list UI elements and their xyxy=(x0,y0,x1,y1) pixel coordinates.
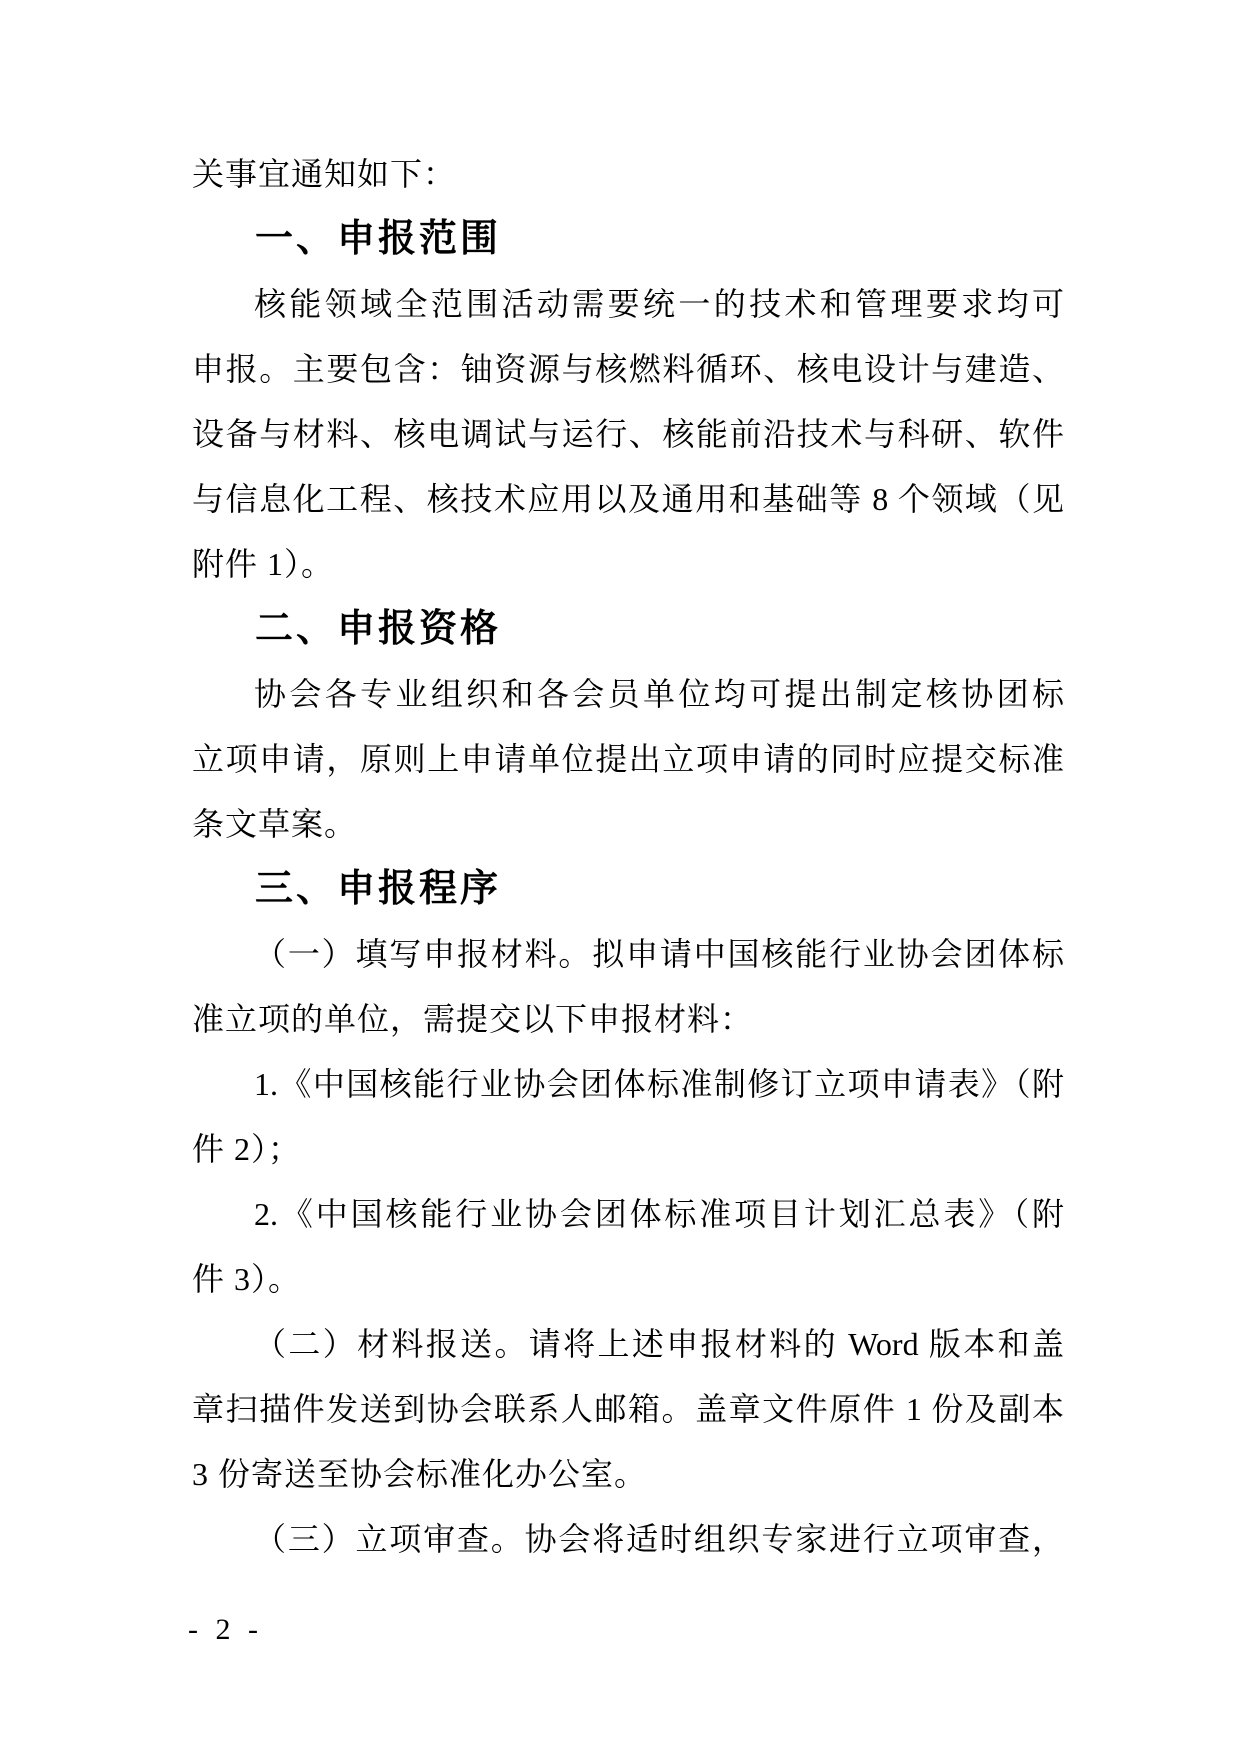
body-line: 条文草案。 xyxy=(192,792,1064,857)
body-line: 与信息化工程、核技术应用以及通用和基础等 8 个领域（见 xyxy=(192,467,1064,532)
section-declaration-qualification: 二、申报资格 协会各专业组织和各会员单位均可提出制定核协团标 立项申请，原则上申… xyxy=(192,597,1064,857)
section-declaration-scope: 一、申报范围 核能领域全范围活动需要统一的技术和管理要求均可 申报。主要包含：铀… xyxy=(192,207,1064,597)
section-declaration-procedure: 三、申报程序 （一）填写申报材料。拟申请中国核能行业协会团体标 准立项的单位，需… xyxy=(192,857,1064,1572)
body-line: 附件 1）。 xyxy=(192,532,1064,597)
body-line: 申报。主要包含：铀资源与核燃料循环、核电设计与建造、 xyxy=(192,337,1064,402)
body-line: 件 3）。 xyxy=(192,1247,1064,1312)
body-line: 核能领域全范围活动需要统一的技术和管理要求均可 xyxy=(192,272,1064,337)
document-text: 关事宜通知如下： 一、申报范围 核能领域全范围活动需要统一的技术和管理要求均可 … xyxy=(192,142,1064,1572)
body-line: 设备与材料、核电调试与运行、核能前沿技术与科研、软件 xyxy=(192,402,1064,467)
body-line: （二）材料报送。请将上述申报材料的 Word 版本和盖 xyxy=(192,1312,1064,1377)
body-line: 1.《中国核能行业协会团体标准制修订立项申请表》（附 xyxy=(192,1052,1064,1117)
body-line: 件 2）； xyxy=(192,1117,1064,1182)
body-line: 2.《中国核能行业协会团体标准项目计划汇总表》（附 xyxy=(192,1182,1064,1247)
body-line: （一）填写申报材料。拟申请中国核能行业协会团体标 xyxy=(192,922,1064,987)
document-page: 关事宜通知如下： 一、申报范围 核能领域全范围活动需要统一的技术和管理要求均可 … xyxy=(0,0,1241,1754)
page-number: - 2 - xyxy=(188,1612,263,1648)
notice-intro-line: 关事宜通知如下： xyxy=(192,142,1064,207)
body-line: （三）立项审查。协会将适时组织专家进行立项审查， xyxy=(192,1507,1064,1572)
body-line: 立项申请，原则上申请单位提出立项申请的同时应提交标准 xyxy=(192,727,1064,792)
body-line: 准立项的单位，需提交以下申报材料： xyxy=(192,987,1064,1052)
section-heading: 二、申报资格 xyxy=(192,597,1064,662)
body-line: 协会各专业组织和各会员单位均可提出制定核协团标 xyxy=(192,662,1064,727)
section-heading: 三、申报程序 xyxy=(192,857,1064,922)
section-heading: 一、申报范围 xyxy=(192,207,1064,272)
body-line: 章扫描件发送到协会联系人邮箱。盖章文件原件 1 份及副本 xyxy=(192,1377,1064,1442)
body-line: 3 份寄送至协会标准化办公室。 xyxy=(192,1442,1064,1507)
